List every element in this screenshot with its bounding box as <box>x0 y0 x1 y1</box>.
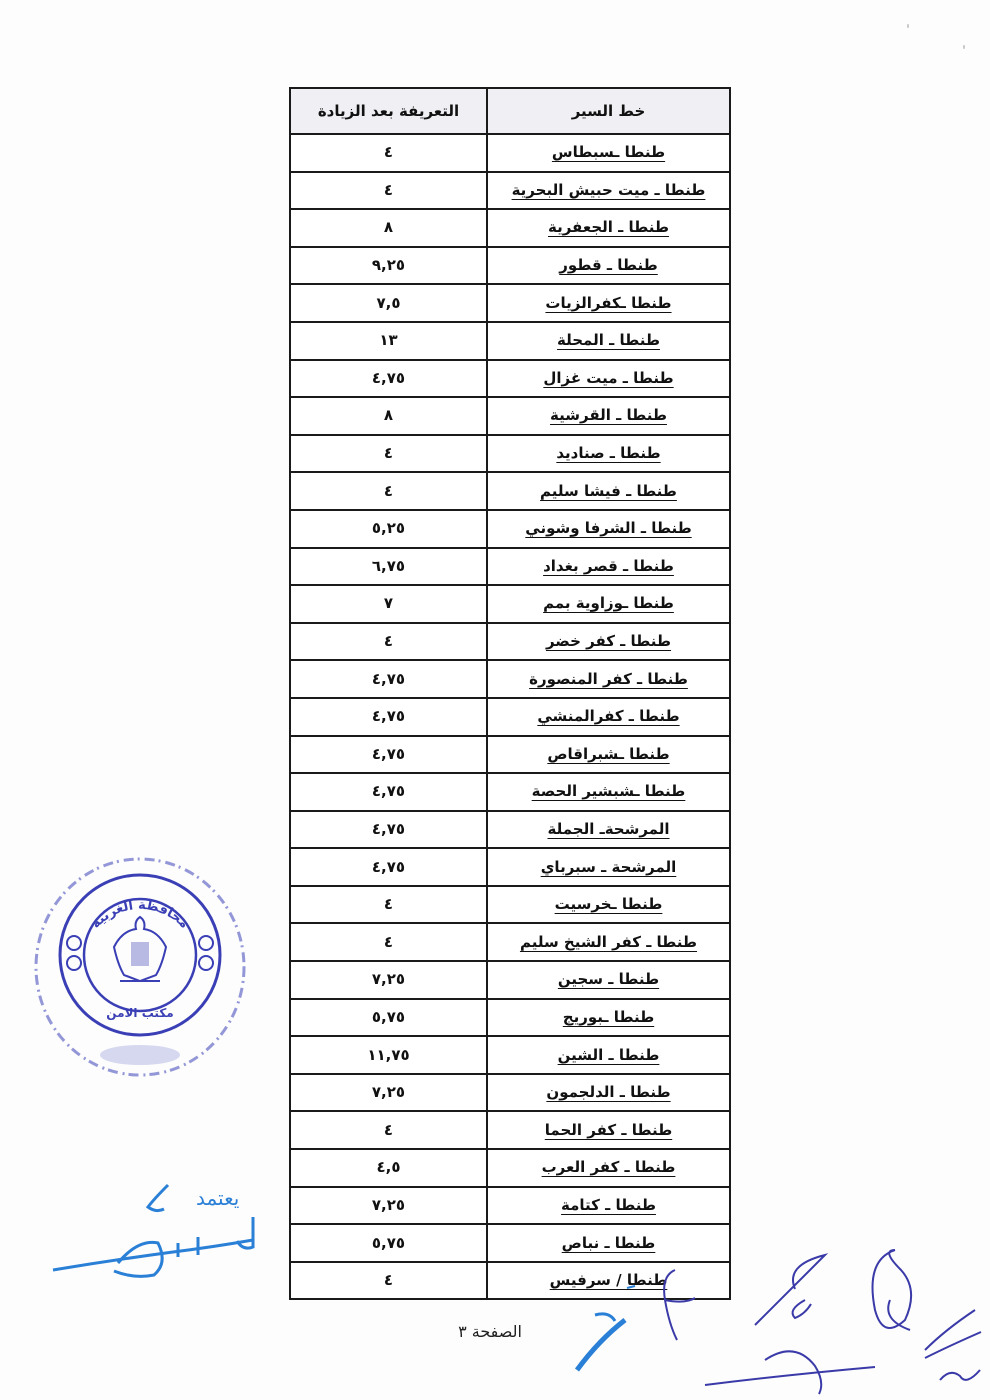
route-cell: طنطا ـخرسيت <box>487 886 730 924</box>
table-row: طنطا ـ قصر بغداد٦,٧٥ <box>290 548 730 586</box>
route-name: طنطا ـ الشرفا وشوني <box>525 519 691 537</box>
fare-cell: ٤,٧٥ <box>290 848 487 886</box>
fare-cell: ٤ <box>290 923 487 961</box>
fare-cell: ٤,٧٥ <box>290 811 487 849</box>
table-row: طنطا ـوزاوية بمم٧ <box>290 585 730 623</box>
eagle-emblem-icon <box>114 917 166 981</box>
route-name: طنطا ـوزاوية بمم <box>543 594 674 612</box>
route-cell: طنطا ـ الشين <box>487 1036 730 1074</box>
route-name: طنطا ـ الجعفرية <box>548 218 669 236</box>
route-cell: طنطا ـ ميت غزال <box>487 360 730 398</box>
document-page: خط السير التعريفة بعد الزيادة طنطا ـسبطا… <box>0 0 990 1400</box>
route-cell: طنطا ـ كتامة <box>487 1187 730 1225</box>
fare-cell: ٤,٧٥ <box>290 698 487 736</box>
fare-cell: ٨ <box>290 397 487 435</box>
route-cell: المرشحةـ الجملة <box>487 811 730 849</box>
table-row: طنطا ـخرسيت٤ <box>290 886 730 924</box>
table-row: طنطا ـ كفر العرب٤,٥ <box>290 1149 730 1187</box>
table-row: طنطا ـ فيشا سليم٤ <box>290 472 730 510</box>
fare-cell: ٤,٧٥ <box>290 660 487 698</box>
route-name: طنطا ـ الدلجمون <box>546 1083 670 1101</box>
column-header-fare: التعريفة بعد الزيادة <box>290 88 487 134</box>
stamp-rosette-right-icon <box>199 936 213 970</box>
table-row: طنطا ـشبراقاص٤,٧٥ <box>290 736 730 774</box>
route-cell: المرشحة ـ سبرباي <box>487 848 730 886</box>
route-cell: طنطا ـ صناديد <box>487 435 730 473</box>
route-name: طنطا ـ القرشية <box>550 406 667 424</box>
fare-cell: ٤ <box>290 623 487 661</box>
route-cell: طنطا ـ الشرفا وشوني <box>487 510 730 548</box>
table-row: طنطا ـ ميت حبيش البحرية٤ <box>290 172 730 210</box>
route-cell: طنطا ـ كفر الحما <box>487 1111 730 1149</box>
route-cell: طنطا ـوزاوية بمم <box>487 585 730 623</box>
scan-speck <box>907 24 909 28</box>
route-cell: طنطا ـكفرالزيات <box>487 284 730 322</box>
table-row: طنطا ـ كفرالمنشي٤,٧٥ <box>290 698 730 736</box>
route-name: طنطا ـ كفر خضر <box>546 632 671 650</box>
fare-cell: ٤,٥ <box>290 1149 487 1187</box>
route-name: طنطا ـ سجين <box>558 970 659 988</box>
fare-cell: ٧,٢٥ <box>290 1074 487 1112</box>
route-name: طنطا ـ كتامة <box>561 1196 656 1214</box>
fare-cell: ٧,٥ <box>290 284 487 322</box>
stamp-bottom-text: مكتب الامن <box>106 1006 173 1020</box>
route-cell: طنطا ـ كفر العرب <box>487 1149 730 1187</box>
route-name: المرشحةـ الجملة <box>547 820 669 838</box>
table-row: طنطا ـ القرشية٨ <box>290 397 730 435</box>
route-name: طنطا ـ كفر الحما <box>545 1121 672 1139</box>
route-cell: طنطا ـبوريج <box>487 999 730 1037</box>
fare-cell: ٤ <box>290 134 487 172</box>
table-row: طنطا ـ الجعفرية٨ <box>290 209 730 247</box>
route-name: طنطا ـشبراقاص <box>547 745 669 763</box>
fare-cell: ٤,٧٥ <box>290 773 487 811</box>
signature-left: يعتمد <box>48 1175 268 1285</box>
fare-cell: ٥,٢٥ <box>290 510 487 548</box>
signatures-bottom-right <box>565 1240 990 1400</box>
route-cell: طنطا ـ كفرالمنشي <box>487 698 730 736</box>
table-row: طنطا ـ ميت غزال٤,٧٥ <box>290 360 730 398</box>
svg-text:محافظة الغربية: محافظة الغربية <box>88 898 191 932</box>
route-name: طنطا ـكفرالزيات <box>545 294 671 312</box>
fare-cell: ٤ <box>290 1262 487 1300</box>
page-number: الصفحة ٣ <box>430 1322 550 1341</box>
route-cell: طنطا ـ المحلة <box>487 322 730 360</box>
table-row: طنطا ـ الشرفا وشوني٥,٢٥ <box>290 510 730 548</box>
route-name: طنطا ـ كفر المنصورة <box>529 670 688 688</box>
table-row: طنطا ـ المحلة١٣ <box>290 322 730 360</box>
route-cell: طنطا ـ الدلجمون <box>487 1074 730 1112</box>
table-row: طنطا ـ كفر خضر٤ <box>290 623 730 661</box>
route-name: طنطا ـ كفرالمنشي <box>537 707 679 725</box>
fare-cell: ٦,٧٥ <box>290 548 487 586</box>
route-cell: طنطا ـسبطاس <box>487 134 730 172</box>
fare-cell: ٤ <box>290 472 487 510</box>
fare-cell: ٤ <box>290 886 487 924</box>
route-name: طنطا ـ المحلة <box>557 331 660 349</box>
fare-cell: ٨ <box>290 209 487 247</box>
table-row: المرشحة ـ سبرباي٤,٧٥ <box>290 848 730 886</box>
route-name: المرشحة ـ سبرباي <box>541 858 677 876</box>
route-cell: طنطا ـشبشير الحصة <box>487 773 730 811</box>
table-row: طنطا ـ الدلجمون٧,٢٥ <box>290 1074 730 1112</box>
route-cell: طنطا ـ كفر الشيخ سليم <box>487 923 730 961</box>
route-name: طنطا ـ كفر الشيخ سليم <box>520 933 697 951</box>
table-row: طنطا ـكفرالزيات٧,٥ <box>290 284 730 322</box>
route-name: طنطا ـ ميت غزال <box>543 369 673 387</box>
route-cell: طنطا ـ كفر خضر <box>487 623 730 661</box>
fare-cell: ٤ <box>290 172 487 210</box>
route-cell: طنطا ـ الجعفرية <box>487 209 730 247</box>
route-cell: طنطا ـ فيشا سليم <box>487 472 730 510</box>
fare-cell: ٤,٧٥ <box>290 736 487 774</box>
approval-note: يعتمد <box>196 1186 239 1210</box>
table-row: طنطا ـ كتامة٧,٢٥ <box>290 1187 730 1225</box>
route-cell: طنطا ـ القرشية <box>487 397 730 435</box>
table-row: طنطا ـ الشين١١,٧٥ <box>290 1036 730 1074</box>
table-row: المرشحةـ الجملة٤,٧٥ <box>290 811 730 849</box>
table-body: طنطا ـسبطاس٤طنطا ـ ميت حبيش البحرية٤طنطا… <box>290 134 730 1299</box>
route-name: طنطا ـخرسيت <box>555 895 663 913</box>
fare-cell: ٤,٧٥ <box>290 360 487 398</box>
table-row: طنطا ـ كفر المنصورة٤,٧٥ <box>290 660 730 698</box>
route-name: طنطا ـ فيشا سليم <box>540 482 677 500</box>
stamp-rosette-left-icon <box>67 936 81 970</box>
route-cell: طنطا ـ سجين <box>487 961 730 999</box>
fare-cell: ٧,٢٥ <box>290 961 487 999</box>
route-name: طنطا ـبوريج <box>563 1008 654 1026</box>
fare-cell: ٧,٢٥ <box>290 1187 487 1225</box>
fare-cell: ٧ <box>290 585 487 623</box>
table-row: طنطا ـبوريج٥,٧٥ <box>290 999 730 1037</box>
route-cell: طنطا ـ كفر المنصورة <box>487 660 730 698</box>
route-name: طنطا ـشبشير الحصة <box>532 782 686 800</box>
scan-speck <box>963 45 965 49</box>
official-stamp: محافظة الغربية مكتب الامن <box>30 855 250 1080</box>
table-row: طنطا ـ كفر الحما٤ <box>290 1111 730 1149</box>
table-row: طنطا ـ كفر الشيخ سليم٤ <box>290 923 730 961</box>
route-name: طنطا ـ قطور <box>559 256 658 274</box>
route-name: طنطا ـ كفر العرب <box>542 1158 676 1176</box>
table-row: طنطا ـ صناديد٤ <box>290 435 730 473</box>
fare-cell: ١٣ <box>290 322 487 360</box>
route-cell: طنطا ـشبراقاص <box>487 736 730 774</box>
fare-cell: ٤ <box>290 1111 487 1149</box>
table-row: طنطا ـ سجين٧,٢٥ <box>290 961 730 999</box>
table-row: طنطا ـ قطور٩,٢٥ <box>290 247 730 285</box>
fare-cell: ٥,٧٥ <box>290 1224 487 1262</box>
fare-cell: ٤ <box>290 435 487 473</box>
route-name: طنطا ـ قصر بغداد <box>543 557 674 575</box>
route-name: طنطا ـسبطاس <box>552 143 665 161</box>
table-header-row: خط السير التعريفة بعد الزيادة <box>290 88 730 134</box>
table-row: طنطا ـسبطاس٤ <box>290 134 730 172</box>
fare-cell: ١١,٧٥ <box>290 1036 487 1074</box>
fare-table: خط السير التعريفة بعد الزيادة طنطا ـسبطا… <box>289 87 731 1300</box>
route-name: طنطا ـ الشين <box>558 1046 660 1064</box>
stamp-top-text: محافظة الغربية <box>88 898 191 932</box>
route-cell: طنطا ـ قطور <box>487 247 730 285</box>
column-header-route: خط السير <box>487 88 730 134</box>
fare-cell: ٥,٧٥ <box>290 999 487 1037</box>
table-row: طنطا ـشبشير الحصة٤,٧٥ <box>290 773 730 811</box>
fare-cell: ٩,٢٥ <box>290 247 487 285</box>
route-cell: طنطا ـ ميت حبيش البحرية <box>487 172 730 210</box>
route-name: طنطا ـ ميت حبيش البحرية <box>512 181 706 199</box>
route-cell: طنطا ـ قصر بغداد <box>487 548 730 586</box>
route-name: طنطا ـ صناديد <box>556 444 660 462</box>
